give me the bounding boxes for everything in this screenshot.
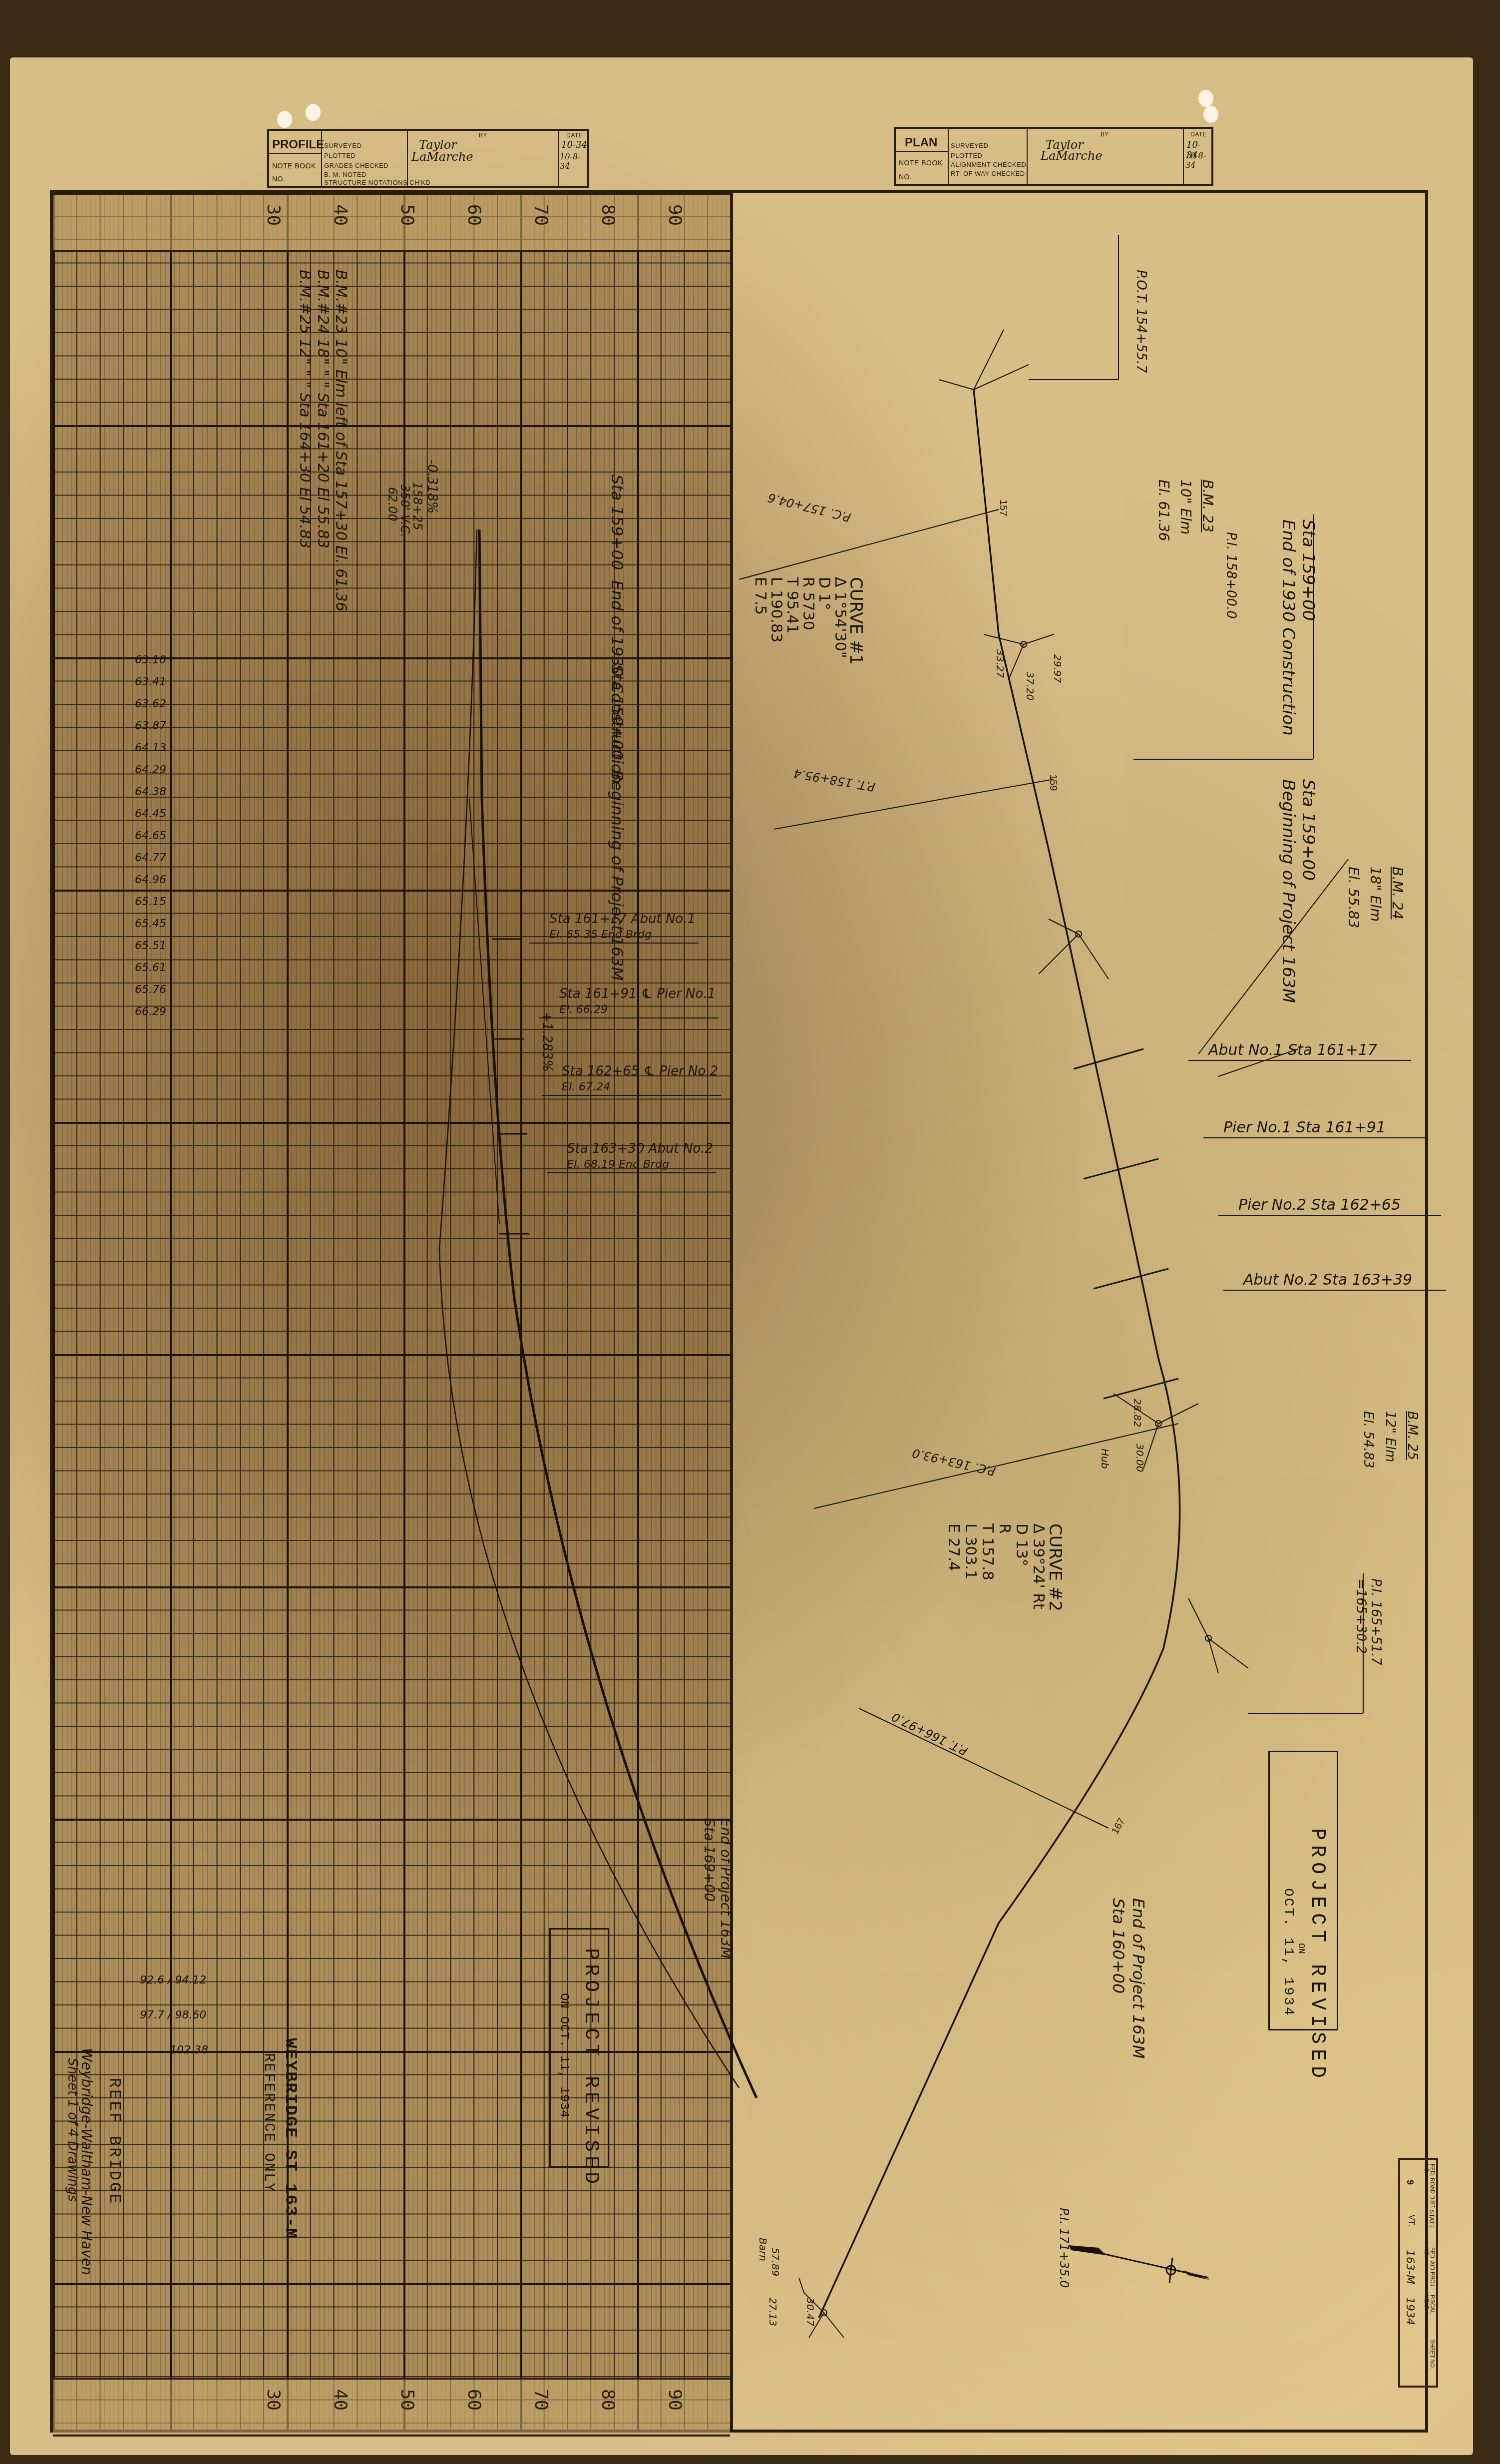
callout-text: End of 1930 Construction [1278, 519, 1298, 736]
revision-line3: OCT. 11, 1934 [557, 2016, 572, 2118]
curve-external: E 7.5 [752, 577, 768, 665]
plan-bm-25: B.M. 25 12" Elm El. 54.83 [1357, 1411, 1423, 1469]
vc-pvi: 158+25 [410, 482, 424, 530]
plan-bm-24: B.M. 24 18" Elm El. 55.83 [1342, 867, 1408, 928]
curve-delta: Δ 1°54'30" [832, 577, 848, 665]
plan-callout-end-project: End of Project 163M Sta 160+00 [1109, 1898, 1148, 2059]
reading: 97.7 / 98.60 [140, 1998, 208, 2033]
note-elev: El. 66.29 [559, 1003, 608, 1016]
tie-3327: 33.27 [994, 649, 1006, 678]
profile-title-reference: REFERENCE ONLY [260, 2053, 277, 2193]
reading: 92.6 / 94.12 [140, 1963, 208, 1998]
grade-2-label: +1.283% [539, 1011, 554, 1072]
elev-reading: 65.15 [135, 891, 235, 913]
curve-radius: R [996, 1523, 1013, 1611]
north-arrow-icon [1069, 2245, 1211, 2283]
note-text: Sta 169+00 [701, 1818, 718, 1959]
note-elev: El. 68.19 End Brdg [567, 1158, 669, 1171]
elev-reading: 64.65 [135, 825, 235, 847]
curve-degree: D 1° [816, 577, 832, 665]
fed-header-sheet: SHEET NO. [1429, 2340, 1435, 2369]
plan-pi-end: P.I. 171+35.0 [1057, 2208, 1071, 2288]
curve-degree: D 13° [1013, 1523, 1030, 1611]
tie-hub: Hub [1099, 1449, 1111, 1469]
vc-length: 350' V.C. [398, 485, 412, 537]
bm-tree: 18" Elm [1364, 867, 1386, 928]
station-label: Sta 159+00 [608, 664, 627, 760]
profile-pier-1: Sta 161+91 ℄ Pier No.1El. 66.29 [539, 986, 719, 1018]
plan-pier-1: Pier No.1 Sta 161+91 [1203, 1119, 1426, 1138]
profile-title-weybridge: WEYBRIDGE ST 163-M [281, 2038, 300, 2239]
profile-title-reef-bridge: REEF BRIDGE [105, 2078, 124, 2205]
curve-2-data: CURVE #2 Δ 39°24' Rt D 13° R T 157.8 L 3… [945, 1523, 1064, 1611]
tie-3720: 37.20 [1024, 672, 1036, 700]
plan-pi2-label: P.I. 165+51.7 =165+30.2 [1353, 1578, 1383, 1665]
note-text: Beginning of Project 163M [608, 770, 627, 981]
curve-length: L 190.83 [768, 577, 784, 665]
profile-pier-2: Sta 162+65 ℄ Pier No.2El. 67.24 [542, 1064, 721, 1096]
note-label: Sta 161+17 Abut No.1 [549, 912, 696, 927]
note-elev: El. 65.35 End Brdg [549, 929, 652, 941]
elev-reading: 63.10 [135, 649, 235, 671]
tie-2882: 28.82 [1131, 1399, 1143, 1427]
plan-revision-date: OCT. 11, 1934 [1280, 1888, 1296, 2016]
station-label-157: 157 [997, 499, 1009, 516]
plan-pi-top: P.I. 158+00.0 [1223, 532, 1238, 619]
plan-bm-23: B.M. 23 10" Elm El. 61.36 [1152, 480, 1218, 541]
note-label: Sta 163+30 Abut No.2 [567, 1141, 713, 1156]
reading: 102.38 [140, 2033, 208, 2068]
curve-delta: Δ 39°24' Rt [1030, 1523, 1047, 1611]
profile-title-sheet: Sheet 1 of 4 Drawings [65, 2058, 80, 2202]
plan-abut-2: Abut No.2 Sta 163+39 [1223, 1271, 1446, 1291]
callout-text: Beginning of Project 163M [1278, 779, 1298, 1003]
elev-reading: 63.87 [135, 715, 235, 737]
profile-abut-2: Sta 163+30 Abut No.2El. 68.19 End Brdg [547, 1141, 716, 1173]
plan-callout-end-1930: Sta 159+00 End of 1930 Construction [1278, 519, 1318, 736]
curve-title: CURVE #2 [1047, 1523, 1064, 1611]
pi2-eq: =165+30.2 [1353, 1578, 1368, 1665]
elev-reading: 64.77 [135, 847, 235, 869]
linework [0, 0, 1500, 2464]
profile-revision-text: PROJECT REVISED [579, 1948, 602, 2188]
bm-elev: El. 61.36 [1152, 480, 1174, 541]
fed-header-dist: FED. ROAD DIST. NO. [1423, 2164, 1435, 2209]
callout-station: Sta 160+00 [1109, 1898, 1128, 2059]
bm-id: B.M. 23 [1196, 480, 1218, 541]
vc-elev: 62.00 [385, 487, 399, 521]
note-elev: El. 67.24 [562, 1081, 610, 1093]
curve-length: L 303.1 [962, 1523, 979, 1611]
elev-reading: 64.29 [135, 759, 235, 781]
bench-mark-24: B.M.#24 18" " " Sta 161+20 El 55.83 [314, 270, 332, 611]
tie-3000: 30.00 [1134, 1444, 1146, 1472]
fed-header-year: FISCAL YEAR [1423, 2295, 1435, 2330]
fed-header-state: STATE [1428, 2210, 1435, 2228]
tie-2713: 57.89 [769, 2248, 781, 2276]
plan-pier-2: Pier No.2 Sta 162+65 [1218, 1196, 1441, 1216]
bench-mark-23: B.M.#23 10" Elm left of Sta 157+30 El. 6… [332, 270, 350, 611]
plan-abut-1: Abut No.1 Sta 161+17 [1188, 1041, 1411, 1061]
profile-title-route: Weybridge-Waltham-New Haven [78, 2048, 95, 2275]
revision-line2: ON [557, 1993, 572, 2008]
curve-external: E 27.4 [945, 1523, 962, 1611]
station-label: Sta 159+00 [608, 475, 627, 570]
elev-reading: 64.45 [135, 803, 235, 825]
note-label: Sta 161+91 ℄ Pier No.1 [559, 986, 716, 1001]
bm-elev: El. 54.83 [1357, 1411, 1379, 1469]
note-label: End of Project 163M [718, 1818, 734, 1959]
curve-tangent: T 95.41 [784, 577, 800, 665]
curve-radius: R 5730 [800, 577, 816, 665]
elevation-readings: 63.10 63.41 63.62 63.87 64.13 64.29 64.3… [135, 649, 235, 1023]
plan-revision-on: ON [1296, 1943, 1306, 1954]
revision-line1: PROJECT REVISED [579, 1948, 602, 2188]
fed-value-year: 1934 [1404, 2297, 1416, 2325]
elev-reading: 63.41 [135, 671, 235, 693]
plan-revision-text: PROJECT REVISED [1306, 1828, 1328, 2083]
fed-aid-block: FED. ROAD DIST. NO. 9 STATE VT. FED. AID… [1398, 2158, 1438, 2388]
elev-reading: 66.29 [135, 1001, 235, 1023]
callout-station: Sta 159+00 [1298, 779, 1318, 1003]
fed-value-state: VT. [1406, 2215, 1415, 2226]
elev-reading: 65.51 [135, 935, 235, 957]
note-label: Sta 162+65 ℄ Pier No.2 [562, 1064, 718, 1079]
elev-reading: 65.45 [135, 913, 235, 935]
plan-callout-begin-project: Sta 159+00 Beginning of Project 163M [1278, 779, 1318, 1003]
curve-1-data: CURVE #1 Δ 1°54'30" D 1° R 5730 T 95.41 … [752, 577, 864, 665]
elev-reading: 65.61 [135, 957, 235, 979]
tie-2997: 29.97 [1052, 654, 1064, 683]
callout-station: Sta 159+00 [1298, 519, 1318, 736]
profile-end-of-project: End of Project 163M Sta 169+00 [701, 1818, 734, 1959]
elev-reading: 65.76 [135, 979, 235, 1001]
profile-abut-1: Sta 161+17 Abut No.1El. 65.35 End Brdg [529, 912, 699, 944]
curve-tangent: T 157.8 [979, 1523, 996, 1611]
bm-tree: 12" Elm [1379, 1411, 1401, 1469]
callout-text: End of Project 163M [1128, 1898, 1148, 2059]
bm-tree: 10" Elm [1174, 480, 1196, 541]
elev-reading: 64.96 [135, 869, 235, 891]
bm-id: B.M. 25 [1401, 1411, 1423, 1469]
bm-elev: El. 55.83 [1342, 867, 1364, 928]
bench-mark-25: B.M.#25 12" " " Sta 164+30 El 54.83 [296, 270, 314, 611]
plan-pot-label: P.O.T. 154+55.7 [1133, 270, 1148, 373]
fed-header-proj: FED. AID PROJ. NO. [1423, 2247, 1435, 2292]
tie-3047: 27.13 [767, 2298, 779, 2326]
curve-title: CURVE #1 [848, 577, 864, 665]
bm-id: B.M. 24 [1386, 867, 1408, 928]
profile-revision-date: ON OCT. 11, 1934 [557, 1993, 572, 2118]
tie-barn: Barn [757, 2238, 769, 2261]
elev-reading: 64.13 [135, 737, 235, 759]
bench-mark-list: B.M.#23 10" Elm left of Sta 157+30 El. 6… [296, 270, 350, 611]
tie-5789: 30.47 [804, 2298, 816, 2326]
elev-reading: 64.38 [135, 781, 235, 803]
lower-readings: 92.6 / 94.12 97.7 / 98.60 102.38 [140, 1963, 208, 2068]
pi2-sta: P.I. 165+51.7 [1368, 1578, 1383, 1665]
elev-reading: 63.62 [135, 693, 235, 715]
grade-label: -0.318% [424, 460, 439, 514]
fed-value-proj: 163-M [1404, 2250, 1416, 2284]
fed-value-dist: 9 [1405, 2180, 1415, 2185]
station-label-159: 159 [1047, 774, 1059, 791]
